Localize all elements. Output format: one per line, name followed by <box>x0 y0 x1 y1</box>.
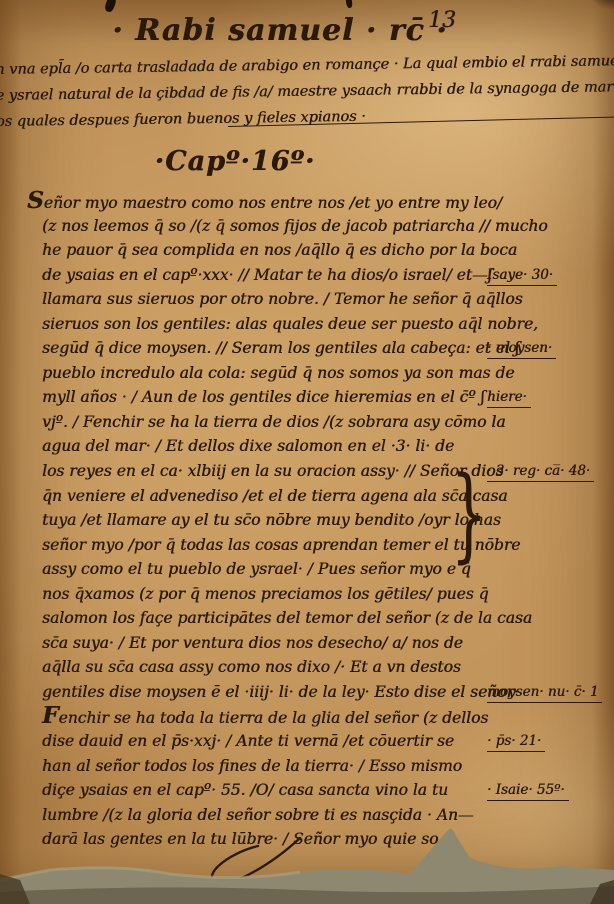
body-line: he pauor q̄ sea complida en nos /aq̄llo … <box>27 238 497 263</box>
body-line: aq̄lla su sc̄a casa assy como nos dixo /… <box>27 655 497 680</box>
body-line: vjº. / Fenchir se ha la tierra de dios /… <box>27 410 497 435</box>
margin-note: hiere· <box>487 389 531 408</box>
body-line: darā las gentes en la tu lūbre· / Señor … <box>27 827 497 852</box>
ink-smudge <box>345 0 353 8</box>
prologue-block: n vna epl̄a /o carta trasladada de arabi… <box>0 48 614 135</box>
margin-note: · p̄s· 21· <box>487 733 545 752</box>
body-line: de ysaias en el capº·xxx· // Matar te ha… <box>27 263 497 288</box>
body-line: gentiles dise moysen ē el ·iiij· li· de … <box>27 680 497 705</box>
margin-note: · 3· reg· ca̅· 48· <box>487 463 594 482</box>
margin-note: moysen· nu· c̄· 1 <box>487 684 602 703</box>
body-line: tuya /et llamare ay el tu sc̄o nōbre muy… <box>27 508 497 533</box>
margin-note: Isaye· 30· <box>487 267 557 286</box>
body-line: dise dauid en el p̄s·xxj· / Ante ti vern… <box>27 729 497 754</box>
page-title: · Rabi samuel · rc̄ · <box>0 13 560 48</box>
chapter-heading: ·Capº·16º· <box>0 146 470 177</box>
body-line: los reyes en el ca· xlbiij en la su orac… <box>27 459 497 484</box>
body-line: pueblo incredulo ala cola: segūd q̄ nos … <box>27 361 497 386</box>
margin-note: · Isaie· 55º· <box>487 782 569 801</box>
body-line: agua del mar· / Et dellos dixe salomon e… <box>27 434 497 459</box>
body-line: llamara sus sieruos por otro nobre. / Te… <box>27 287 497 312</box>
margin-note: · moysen· <box>487 340 556 359</box>
body-line: salomon los façe participātes del temor … <box>27 606 497 631</box>
body-line: sc̄a suya· / Et por ventura dios nos des… <box>27 631 497 656</box>
body-line: nos q̄xamos (z por q̄ menos preciamos lo… <box>27 582 497 607</box>
body-line: diçe ysaias en el capº· 55. /O/ casa san… <box>27 778 497 803</box>
body-line: sieruos son los gentiles: alas quales de… <box>27 312 497 337</box>
body-line: (z nos leemos q̄ so /(z q̄ somos fijos d… <box>27 214 497 239</box>
ink-smudge <box>104 0 118 13</box>
body-line: señor myo /por q̄ todas las cosas aprend… <box>27 533 497 558</box>
body-line: segūd q̄ dice moysen. // Seram los genti… <box>27 336 497 361</box>
body-line: assy como el tu pueblo de ysrael· / Pues… <box>27 557 497 582</box>
body-line: Señor myo maestro como nos entre nos /et… <box>27 189 497 214</box>
corner-stain <box>588 0 614 10</box>
body-line: myll años · / Aun de los gentiles dice h… <box>27 385 497 410</box>
manuscript-page: 13 · Rabi samuel · rc̄ · n vna epl̄a /o … <box>0 0 614 904</box>
body-line: lumbre /(z la gloria del señor sobre ti … <box>27 803 497 828</box>
body-line: Fenchir se ha toda la tierra de la glia … <box>27 704 497 729</box>
body-line: q̄n veniere el advenediso /et el de tier… <box>27 484 497 509</box>
margin-brace: } <box>451 455 487 574</box>
body-text-block: Señor myo maestro como nos entre nos /et… <box>27 189 497 852</box>
body-line: han al señor todos los fines de la tierr… <box>27 754 497 779</box>
